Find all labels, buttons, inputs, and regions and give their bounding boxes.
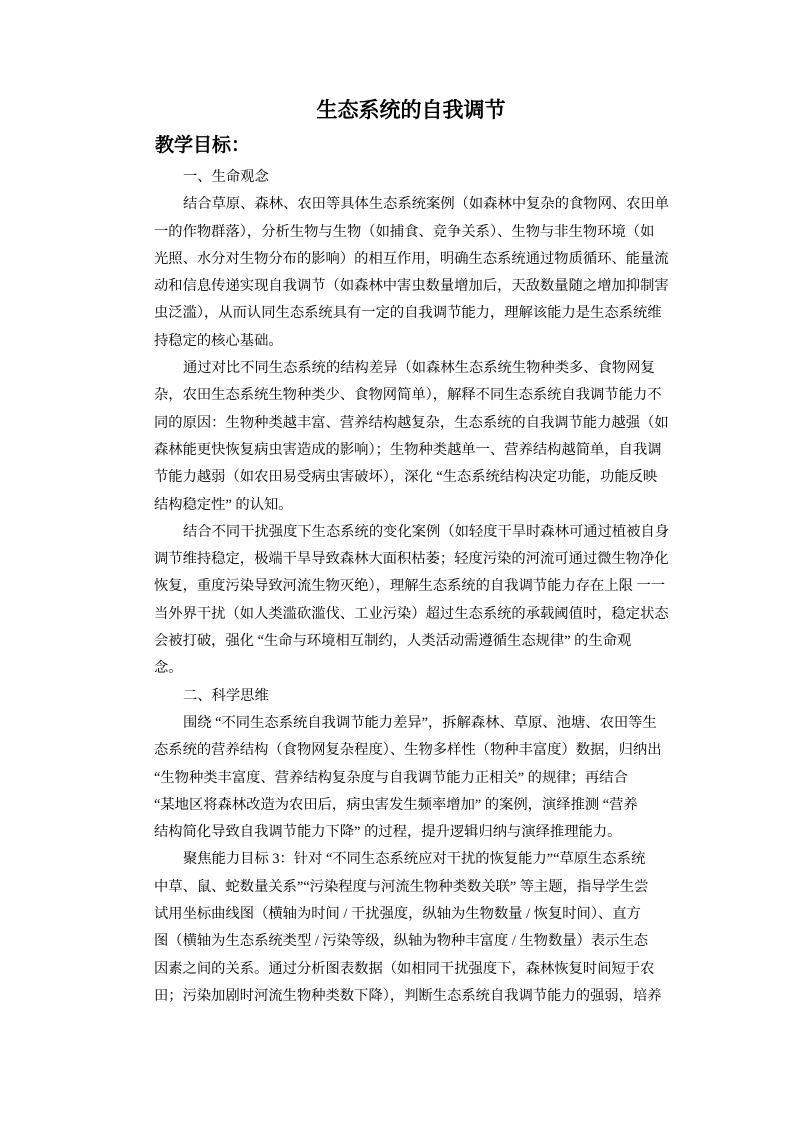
text-line: 田；污染加剧时河流生物种类数下降），判断生态系统自我调节能力的强弱，培养 <box>154 983 668 1010</box>
text-line: 围绕 “不同生态系统自我调节能力差异”，拆解森林、草原、池塘、农田等生 <box>154 710 668 737</box>
text-line: 当外界干扰（如人类滥砍滥伐、工业污染）超过生态系统的承载阈值时，稳定状态 <box>154 601 668 628</box>
text-line: “某地区将森林改造为农田后，病虫害发生频率增加” 的案例，演绎推测 “营养 <box>154 792 668 819</box>
text-line: 结构稳定性” 的认知。 <box>154 492 668 519</box>
text-line: 杂，农田生态系统生物种类少、食物网简单），解释不同生态系统自我调节能力不 <box>154 382 668 409</box>
text-line: 一的作物群落），分析生物与生物（如捕食、竞争关系）、生物与非生物环境（如 <box>154 219 668 246</box>
text-line: 调节维持稳定，极端干旱导致森林大面积枯萎；轻度污染的河流可通过微生物净化 <box>154 546 668 573</box>
text-line: 光照、水分对生物分布的影响）的相互作用，明确生态系统通过物质循环、能量流 <box>154 246 668 273</box>
text-line: 通过对比不同生态系统的结构差异（如森林生态系统生物种类多、食物网复 <box>154 355 668 382</box>
document-page: 生态系统的自我调节 教学目标： 一、生命观念结合草原、森林、农田等具体生态系统案… <box>0 0 794 1123</box>
section-subheading: 二、科学思维 <box>154 683 668 710</box>
text-line: 态系统的营养结构（食物网复杂程度）、生物多样性（物种丰富度）数据，归纳出 <box>154 737 668 764</box>
text-line: 会被打破，强化 “生命与环境相互制约，人类活动需遵循生态规律” 的生命观 <box>154 628 668 655</box>
text-line: 节能力越弱（如农田易受病虫害破坏），深化 “生态系统结构决定功能，功能反映 <box>154 464 668 491</box>
text-line: 恢复，重度污染导致河流生物灭绝），理解生态系统的自我调节能力存在上限 一一 <box>154 573 668 600</box>
text-line: “生物种类丰富度、营养结构复杂度与自我调节能力正相关” 的规律；再结合 <box>154 765 668 792</box>
text-line: 持稳定的核心基础。 <box>154 328 668 355</box>
text-line: 动和信息传递实现自我调节（如森林中害虫数量增加后，天敌数量随之增加抑制害 <box>154 273 668 300</box>
text-line: 同的原因：生物种类越丰富、营养结构越复杂，生态系统的自我调节能力越强（如 <box>154 410 668 437</box>
text-line: 因素之间的关系。通过分析图表数据（如相同干扰强度下，森林恢复时间短于农 <box>154 956 668 983</box>
text-line: 中草、鼠、蛇数量关系”“污染程度与河流生物种类数关联” 等主题，指导学生尝 <box>154 874 668 901</box>
section-subheading: 一、生命观念 <box>154 164 668 191</box>
text-line: 森林能更快恢复病虫害造成的影响）；生物种类越单一、营养结构越简单，自我调 <box>154 437 668 464</box>
text-line: 聚焦能力目标 3：针对 “不同生态系统应对干扰的恢复能力”“草原生态系统 <box>154 846 668 873</box>
document-body: 一、生命观念结合草原、森林、农田等具体生态系统案例（如森林中复杂的食物网、农田单… <box>154 164 668 1010</box>
text-line: 结合不同干扰强度下生态系统的变化案例（如轻度干旱时森林可通过植被自身 <box>154 519 668 546</box>
text-line: 试用坐标曲线图（横轴为时间 / 干扰强度，纵轴为生物数量 / 恢复时间）、直方 <box>154 901 668 928</box>
teaching-objectives-heading: 教学目标： <box>155 132 250 159</box>
text-line: 结构简化导致自我调节能力下降” 的过程，提升逻辑归纳与演绎推理能力。 <box>154 819 668 846</box>
text-line: 结合草原、森林、农田等具体生态系统案例（如森林中复杂的食物网、农田单 <box>154 191 668 218</box>
text-line: 虫泛滥），从而认同生态系统具有一定的自我调节能力，理解该能力是生态系统维 <box>154 300 668 327</box>
document-title: 生态系统的自我调节 <box>154 95 668 125</box>
text-line: 图（横轴为生态系统类型 / 污染等级，纵轴为物种丰富度 / 生物数量）表示生态 <box>154 928 668 955</box>
text-line: 念。 <box>154 655 668 682</box>
